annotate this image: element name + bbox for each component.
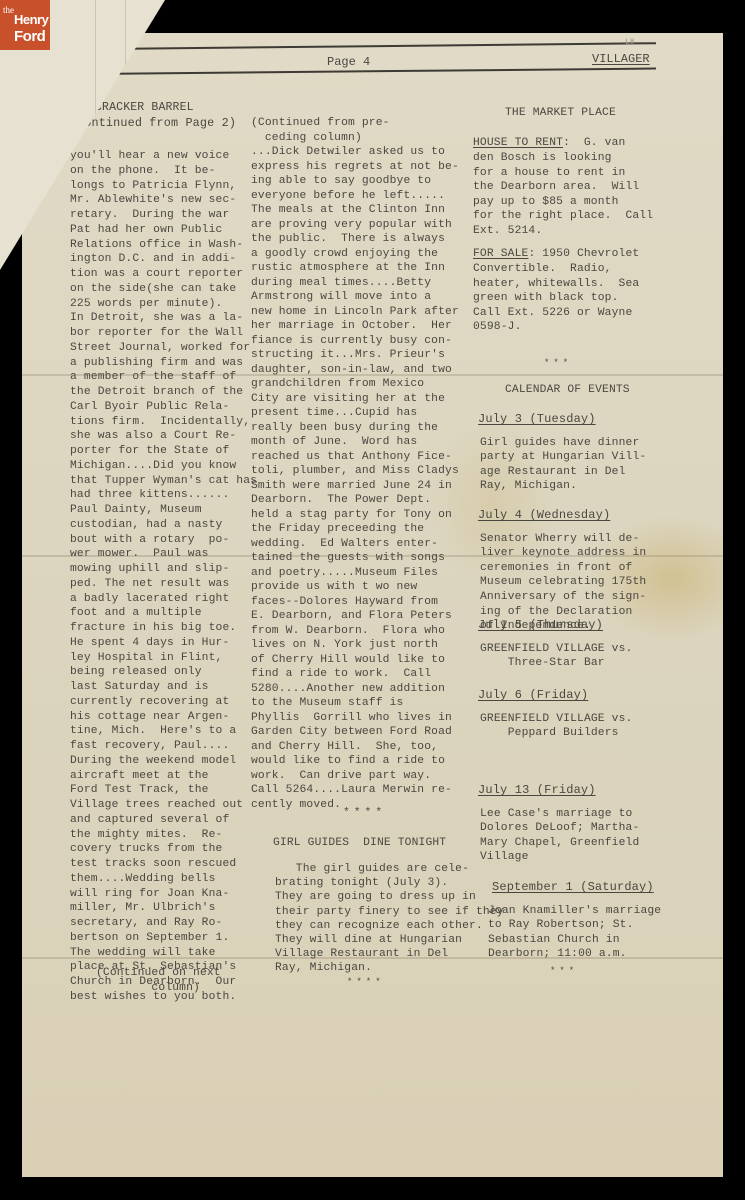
text-line: to the Museum staff is — [251, 696, 459, 711]
text-line: them....Wedding bells — [70, 872, 257, 887]
text-line: bout with a rotary po- — [70, 533, 257, 548]
text-line: everyone before he left..... — [251, 189, 459, 204]
text-line: In Detroit, she was a la- — [70, 311, 257, 326]
event-description-line: Museum celebrating 175th — [480, 575, 646, 590]
event-date: July 13 (Friday) — [478, 783, 639, 798]
market-place-title: THE MARKET PLACE — [505, 106, 616, 121]
continued-from-preceding: (Continued from pre- ceding column) — [251, 116, 390, 145]
text-line: Relations office in Wash- — [70, 238, 257, 253]
text-line: you'll hear a new voice — [70, 149, 257, 164]
calendar-event: July 4 (Wednesday)Senator Wherry will de… — [478, 508, 646, 634]
text-line: structing it...Mrs. Prieur's — [251, 348, 459, 363]
text-line: ington D.C. and in addi- — [70, 252, 257, 267]
text-line: Armstrong will move into a — [251, 290, 459, 305]
text-line: covery trucks from the — [70, 842, 257, 857]
for-sale: FOR SALE: 1950 Chevrolet — [473, 247, 639, 262]
text-line: and poetry.....Museum Files — [251, 566, 459, 581]
text-line: Convertible. Radio, — [473, 262, 639, 277]
text-line: she was also a Court Re- — [70, 429, 257, 444]
continued-from: Continued from Page 2) — [77, 116, 236, 131]
text-line: her marriage in October. Her — [251, 319, 459, 334]
text-line: new home in Lincoln Park after — [251, 305, 459, 320]
text-line: from W. Dearborn. Flora who — [251, 624, 459, 639]
house-to-rent-body: den Bosch is lookingfor a house to rent … — [473, 151, 653, 239]
event-date: July 6 (Friday) — [478, 688, 632, 703]
text-line: Call 5264....Laura Merwin re- — [251, 783, 459, 798]
text-line: test tracks soon rescued — [70, 857, 257, 872]
text-line: work. Can drive part way. — [251, 769, 459, 784]
text-line: the Detroit branch of the — [70, 385, 257, 400]
text-line: they can recognize each other. — [275, 919, 504, 933]
text-line: fracture in his big toe. — [70, 621, 257, 636]
text-line: a badly lacerated right — [70, 592, 257, 607]
calendar-event: July 5 (Thursday)GREENFIELD VILLAGE vs. … — [478, 618, 632, 671]
text-line: and captured several of — [70, 813, 257, 828]
text-line: The meals at the Clinton Inn — [251, 203, 459, 218]
cracker-barrel-body: you'll hear a new voiceon the phone. It … — [70, 149, 257, 1005]
event-description-line: Three-Star Bar — [480, 656, 632, 671]
text-line: Carl Byoir Public Rela- — [70, 400, 257, 415]
event-description-line: ing of the Declaration — [480, 605, 646, 620]
text-line: his cottage near Argen- — [70, 710, 257, 725]
calendar-title: CALENDAR OF EVENTS — [505, 383, 630, 398]
text-line: the public. There is always — [251, 232, 459, 247]
text-line: Call Ext. 5226 or Wayne — [473, 306, 639, 321]
text-line: will ring for Joan Kna- — [70, 887, 257, 902]
text-line: on the side(she can take — [70, 282, 257, 297]
text-line: ped. The net result was — [70, 577, 257, 592]
text-line: Ext. 5214. — [473, 224, 653, 239]
text-line: fiance is currently busy con- — [251, 334, 459, 349]
text-line: provide us with t wo new — [251, 580, 459, 595]
text-line: would like to find a ride to — [251, 754, 459, 769]
girl-guides-body: The girl guides are cele-brating tonight… — [275, 862, 504, 976]
text-line: heater, whitewalls. Sea — [473, 277, 639, 292]
text-line: for a house to rent in — [473, 166, 653, 181]
text-line: 225 words per minute). — [70, 297, 257, 312]
girl-guides-title: GIRL GUIDES DINE TONIGHT — [273, 836, 446, 851]
text-line: rustic atmosphere at the Inn — [251, 261, 459, 276]
event-description-line: GREENFIELD VILLAGE vs. — [480, 712, 632, 727]
text-line: tion was a court reporter — [70, 267, 257, 282]
event-description-line: Peppard Builders — [480, 726, 632, 741]
text-line: 0598-J. — [473, 320, 639, 335]
text-line: tine, Mich. Here's to a — [70, 724, 257, 739]
text-line: a publishing firm and was — [70, 356, 257, 371]
event-description-line: Ray, Michigan. — [480, 479, 646, 494]
text-line: Smith were married June 24 in — [251, 479, 459, 494]
event-description-line: Senator Wherry will de- — [480, 532, 646, 547]
calendar-event: July 6 (Friday)GREENFIELD VILLAGE vs. Pe… — [478, 688, 632, 741]
text-line: tained the guests with songs — [251, 551, 459, 566]
text-line: and Cherry Hill. She, too, — [251, 740, 459, 755]
text-line: Mr. Ablewhite's new sec- — [70, 193, 257, 208]
event-description-line: party at Hungarian Vill- — [480, 450, 646, 465]
text-line: bertson on September 1. — [70, 931, 257, 946]
text-line: reached us that Anthony Fice- — [251, 450, 459, 465]
event-description-line: Girl guides have dinner — [480, 436, 646, 451]
text-line: for the right place. Call — [473, 209, 653, 224]
event-date: July 4 (Wednesday) — [478, 508, 646, 523]
text-line: ...Dick Detwiler asked us to — [251, 145, 459, 160]
text-line: Paul Dainty, Museum — [70, 503, 257, 518]
text-line: Garden City between Ford Road — [251, 725, 459, 740]
text-line: Phyllis Gorrill who lives in — [251, 711, 459, 726]
text-line: a goodly crowd enjoying the — [251, 247, 459, 262]
for-sale-body: Convertible. Radio,heater, whitewalls. S… — [473, 262, 639, 335]
text-line: are proving very popular with — [251, 218, 459, 233]
middle-body: ...Dick Detwiler asked us toexpress his … — [251, 145, 459, 812]
text-line: wedding. Ed Walters enter- — [251, 537, 459, 552]
text-line: toli, plumber, and Miss Cladys — [251, 464, 459, 479]
text-line: retary. During the war — [70, 208, 257, 223]
text-line: They are going to dress up in — [275, 890, 504, 904]
text-line: They will dine at Hungarian — [275, 933, 504, 947]
calendar-event: September 1 (Saturday)Joan Knamiller's m… — [478, 880, 661, 962]
text-line: currently recovering at — [70, 695, 257, 710]
text-line: a member of the staff of — [70, 370, 257, 385]
text-line: had three kittens...... — [70, 488, 257, 503]
text-line: fast recovery, Paul.... — [70, 739, 257, 754]
text-line: daughter, son-in-law, and two — [251, 363, 459, 378]
text-line: He spent 4 days in Hur- — [70, 636, 257, 651]
event-description-line: Anniversary of the sign- — [480, 590, 646, 605]
logo-the: the — [3, 6, 14, 15]
text-line: present time...Cupid has — [251, 406, 459, 421]
text-line: secretary, and Ray Ro- — [70, 916, 257, 931]
newsletter-title: VILLAGER — [592, 52, 650, 66]
text-line: being released only — [70, 665, 257, 680]
section-divider: **** — [343, 806, 386, 821]
text-line: find a ride to work. Call — [251, 667, 459, 682]
event-description-line: to Ray Robertson; St. — [488, 918, 661, 933]
text-line: of Cherry Hill would like to — [251, 653, 459, 668]
text-line: miller, Mr. Ulbrich's — [70, 901, 257, 916]
text-line: Pat had her own Public — [70, 223, 257, 238]
house-to-rent: HOUSE TO RENT: G. van — [473, 136, 625, 151]
text-line: The girl guides are cele- — [275, 862, 504, 876]
text-line: Village Restaurant in Del — [275, 947, 504, 961]
text-line: tions firm. Incidentally, — [70, 415, 257, 430]
text-line: custodian, had a nasty — [70, 518, 257, 533]
event-description-line: Village — [480, 850, 639, 865]
event-description-line: liver keynote address in — [480, 546, 646, 561]
logo-henry: Henry — [14, 13, 48, 26]
section-divider: **** — [347, 975, 385, 990]
text-line: den Bosch is looking — [473, 151, 653, 166]
text-line: the mighty mites. Re- — [70, 828, 257, 843]
event-date: September 1 (Saturday) — [492, 880, 661, 895]
text-line: 5280....Another new addition — [251, 682, 459, 697]
text-line: aircraft meet at the — [70, 769, 257, 784]
text-line: foot and a multiple — [70, 606, 257, 621]
event-description-line: Joan Knamiller's marriage — [488, 904, 661, 919]
cracker-barrel-title: CRACKER BARREL — [95, 101, 194, 116]
text-line: lives on N. York just north — [251, 638, 459, 653]
text-line: that Tupper Wyman's cat has — [70, 474, 257, 489]
text-line: ing able to say goodbye to — [251, 174, 459, 189]
text-line: Ford Test Track, the — [70, 783, 257, 798]
text-line: grandchildren from Mexico — [251, 377, 459, 392]
text-line: E. Dearborn, and Flora Peters — [251, 609, 459, 624]
text-line: City are visiting her at the — [251, 392, 459, 407]
text-line: on the phone. It be- — [70, 164, 257, 179]
henry-ford-logo: the Henry Ford — [0, 0, 50, 50]
text-line: Michigan....Did you know — [70, 459, 257, 474]
text-line: express his regrets at not be- — [251, 160, 459, 175]
text-line: the Friday preceeding the — [251, 522, 459, 537]
text-line: pay up to $85 a month — [473, 195, 653, 210]
text-line: longs to Patricia Flynn, — [70, 179, 257, 194]
text-line: faces--Dolores Hayward from — [251, 595, 459, 610]
text-line: Street Journal, worked for — [70, 341, 257, 356]
text-line: held a stag party for Tony on — [251, 508, 459, 523]
text-line: during meal times....Betty — [251, 276, 459, 291]
event-date: July 3 (Tuesday) — [478, 412, 646, 427]
event-description-line: Sebastian Church in — [488, 933, 661, 948]
event-description-line: GREENFIELD VILLAGE vs. — [480, 642, 632, 657]
text-line: The wedding will take — [70, 946, 257, 961]
event-description-line: ceremonies in front of — [480, 561, 646, 576]
event-description-line: Lee Case's marriage to — [480, 807, 639, 822]
text-line: ley Hospital in Flint, — [70, 651, 257, 666]
calendar-event: July 13 (Friday)Lee Case's marriage toDo… — [478, 783, 639, 865]
text-line: last Saturday and is — [70, 680, 257, 695]
continued-next: (Continued on next column) — [96, 966, 221, 995]
text-line: Ray, Michigan. — [275, 961, 504, 975]
event-date: July 5 (Thursday) — [478, 618, 632, 633]
text-line: wer mower. Paul was — [70, 547, 257, 562]
text-line: Village trees reached out — [70, 798, 257, 813]
page-number: Page 4 — [327, 55, 370, 69]
logo-ford: Ford — [14, 29, 45, 44]
text-line: mowing uphill and slip- — [70, 562, 257, 577]
text-line: green with black top. — [473, 291, 639, 306]
page-mark: L8 — [625, 38, 635, 47]
section-divider: *** — [550, 964, 578, 979]
event-description-line: age Restaurant in Del — [480, 465, 646, 480]
text-line: brating tonight (July 3). — [275, 876, 504, 890]
text-line: really been busy during the — [251, 421, 459, 436]
event-description-line: Mary Chapel, Greenfield — [480, 836, 639, 851]
text-line: the Dearborn area. Will — [473, 180, 653, 195]
text-line: their party finery to see if they — [275, 905, 504, 919]
text-line: During the weekend model — [70, 754, 257, 769]
section-divider: *** — [544, 356, 572, 371]
event-description-line: Dolores DeLoof; Martha- — [480, 821, 639, 836]
event-description-line: Dearborn; 11:00 a.m. — [488, 947, 661, 962]
text-line: porter for the State of — [70, 444, 257, 459]
calendar-event: July 3 (Tuesday)Girl guides have dinnerp… — [478, 412, 646, 494]
text-line: Dearborn. The Power Dept. — [251, 493, 459, 508]
text-line: month of June. Word has — [251, 435, 459, 450]
text-line: bor reporter for the Wall — [70, 326, 257, 341]
